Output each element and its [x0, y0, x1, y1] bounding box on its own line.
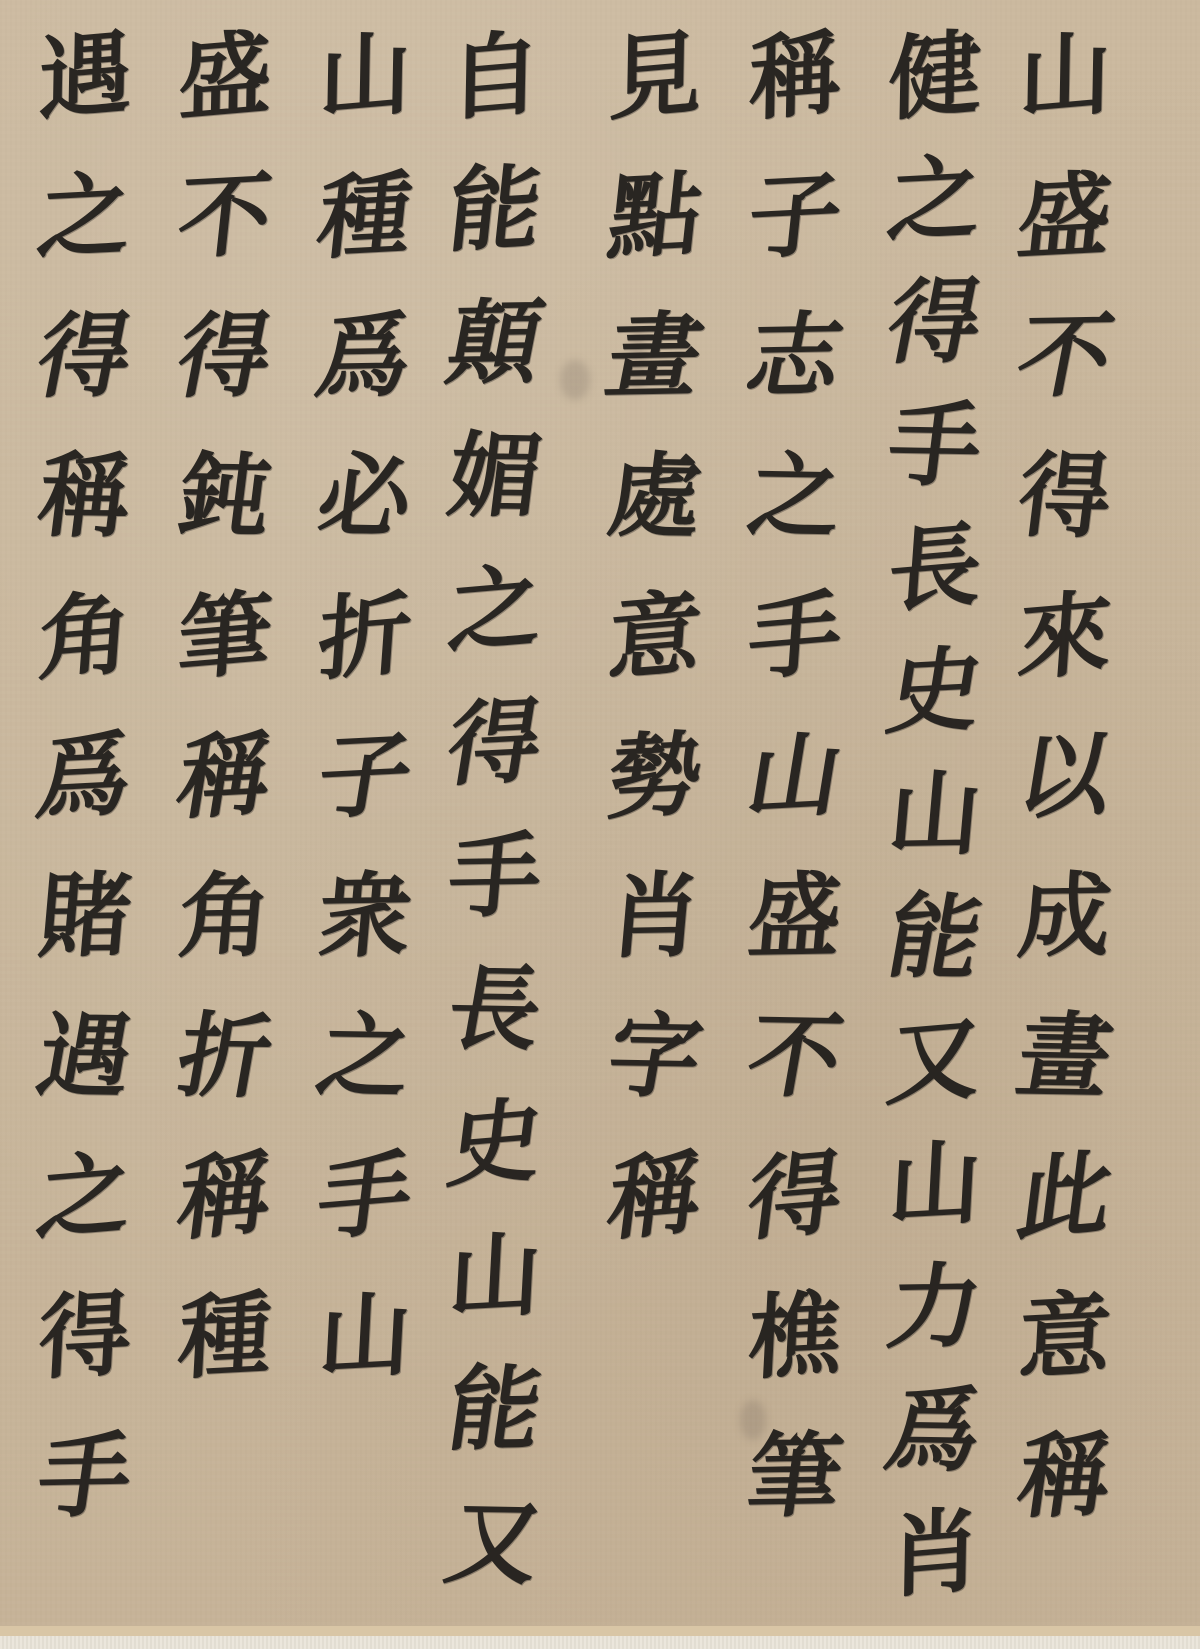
text-column-7: 盛不得鈍筆稱角折稱種 — [160, 0, 290, 1626]
calligraphy-character: 志 — [740, 309, 850, 403]
calligraphy-character: 字 — [601, 1009, 709, 1103]
calligraphy-character: 此 — [1013, 1146, 1118, 1246]
calligraphy-character: 不 — [174, 168, 276, 265]
calligraphy-character: 樵 — [746, 1288, 843, 1385]
calligraphy-character: 手 — [883, 398, 986, 492]
calligraphy-character: 衆 — [315, 869, 415, 963]
calligraphy-character: 之 — [445, 559, 544, 659]
calligraphy-character: 之 — [743, 449, 846, 543]
calligraphy-character: 爲 — [31, 728, 139, 825]
calligraphy-character: 手 — [745, 586, 844, 686]
calligraphy-character: 山 — [316, 1288, 413, 1385]
calligraphy-character: 長 — [441, 963, 549, 1057]
calligraphy-character: 盛 — [1014, 168, 1116, 265]
calligraphy-character: 盛 — [178, 26, 272, 126]
calligraphy-character: 之 — [33, 1146, 138, 1246]
calligraphy-character: 見 — [608, 26, 702, 126]
calligraphy-character: 稱 — [603, 1146, 708, 1246]
calligraphy-character: 稱 — [748, 26, 842, 126]
calligraphy-character: 盛 — [745, 869, 845, 963]
text-column-2: 健之得手長史山能又山力爲肖 — [870, 0, 1000, 1626]
calligraphy-character: 自 — [448, 26, 542, 126]
calligraphy-character: 勢 — [601, 728, 709, 825]
calligraphy-character: 鈍 — [173, 449, 276, 543]
calligraphy-character: 力 — [882, 1260, 987, 1354]
calligraphy-character: 能 — [444, 161, 546, 258]
calligraphy-character: 史 — [881, 643, 989, 740]
calligraphy-character: 之 — [884, 151, 986, 248]
calligraphy-character: 稱 — [33, 449, 136, 543]
calligraphy-character: 之 — [311, 1009, 419, 1103]
calligraphy-character: 子 — [311, 728, 419, 825]
calligraphy-character: 之 — [34, 168, 136, 265]
calligraphy-character: 來 — [1015, 586, 1114, 686]
calligraphy-character: 種 — [314, 168, 416, 265]
calligraphy-character: 爲 — [879, 1383, 992, 1477]
text-column-3: 稱子志之手山盛不得樵筆 — [730, 0, 860, 1626]
ink-stain — [560, 360, 590, 400]
text-column-4: 見點畫處意勢肖字稱 — [590, 0, 720, 1626]
calligraphy-scroll: 山盛不得來以成畫此意稱 健之得手長史山能又山力爲肖 稱子志之手山盛不得樵筆 見點… — [0, 0, 1200, 1649]
calligraphy-character: 必 — [313, 449, 416, 543]
calligraphy-character: 以 — [1011, 728, 1119, 825]
calligraphy-character: 得 — [441, 694, 549, 791]
text-column-1: 山盛不得來以成畫此意稱 — [1000, 0, 1130, 1626]
text-column-5: 自能顛媚之得手長史山能又 — [430, 0, 560, 1626]
calligraphy-character: 意 — [1016, 1288, 1113, 1385]
calligraphy-character: 山 — [318, 26, 412, 126]
calligraphy-character: 得 — [880, 275, 990, 369]
calligraphy-character: 遇 — [38, 26, 132, 126]
calligraphy-character: 稱 — [171, 728, 279, 825]
calligraphy-character: 肖 — [605, 869, 705, 963]
calligraphy-character: 手 — [32, 1429, 137, 1523]
calligraphy-character: 畫 — [1011, 1009, 1119, 1103]
calligraphy-character: 山 — [741, 728, 849, 825]
calligraphy-character: 處 — [603, 449, 706, 543]
calligraphy-character: 得 — [743, 1146, 848, 1246]
calligraphy-character: 又 — [439, 1496, 552, 1590]
calligraphy-character: 手 — [445, 829, 545, 923]
calligraphy-character: 折 — [315, 586, 414, 686]
calligraphy-character: 角 — [35, 586, 134, 686]
calligraphy-character: 得 — [1013, 449, 1116, 543]
calligraphy-character: 賭 — [35, 869, 135, 963]
calligraphy-character: 媚 — [443, 429, 546, 523]
calligraphy-character: 遇 — [31, 1009, 139, 1103]
text-column-6: 山種爲必折子衆之手山 — [300, 0, 430, 1626]
calligraphy-character: 筆 — [742, 1429, 847, 1523]
calligraphy-character: 折 — [171, 1009, 279, 1103]
calligraphy-character: 稱 — [173, 1146, 278, 1246]
calligraphy-character: 能 — [881, 891, 989, 985]
calligraphy-character: 能 — [442, 1362, 547, 1456]
mount-silk-backing — [0, 1636, 1200, 1649]
calligraphy-character: 手 — [313, 1146, 418, 1246]
calligraphy-character: 史 — [443, 1093, 548, 1193]
calligraphy-character: 不 — [1010, 309, 1120, 403]
calligraphy-character: 山 — [1018, 26, 1112, 126]
calligraphy-character: 點 — [604, 168, 706, 265]
calligraphy-character: 顛 — [440, 296, 550, 390]
calligraphy-character: 種 — [176, 1288, 273, 1385]
calligraphy-character: 健 — [888, 26, 982, 126]
calligraphy-character: 得 — [30, 309, 140, 403]
calligraphy-character: 成 — [1015, 869, 1115, 963]
text-column-8: 遇之得稱角爲賭遇之得手 — [20, 0, 150, 1626]
mount-border-strip — [0, 1626, 1200, 1636]
calligraphy-character: 得 — [170, 309, 280, 403]
calligraphy-character: 子 — [744, 168, 846, 265]
calligraphy-character: 又 — [883, 1011, 988, 1111]
calligraphy-character: 意 — [605, 586, 704, 686]
calligraphy-character: 肖 — [888, 1503, 982, 1603]
calligraphy-character: 筆 — [175, 586, 274, 686]
calligraphy-character: 山 — [446, 1228, 543, 1325]
calligraphy-character: 角 — [175, 869, 275, 963]
calligraphy-character: 稱 — [1012, 1429, 1117, 1523]
calligraphy-character: 爲 — [310, 309, 420, 403]
calligraphy-character: 山 — [885, 768, 985, 862]
calligraphy-character: 不 — [741, 1009, 849, 1103]
calligraphy-character: 得 — [36, 1288, 133, 1385]
calligraphy-character: 長 — [885, 518, 984, 618]
calligraphy-character: 畫 — [600, 309, 710, 403]
calligraphy-character: 山 — [886, 1135, 983, 1232]
